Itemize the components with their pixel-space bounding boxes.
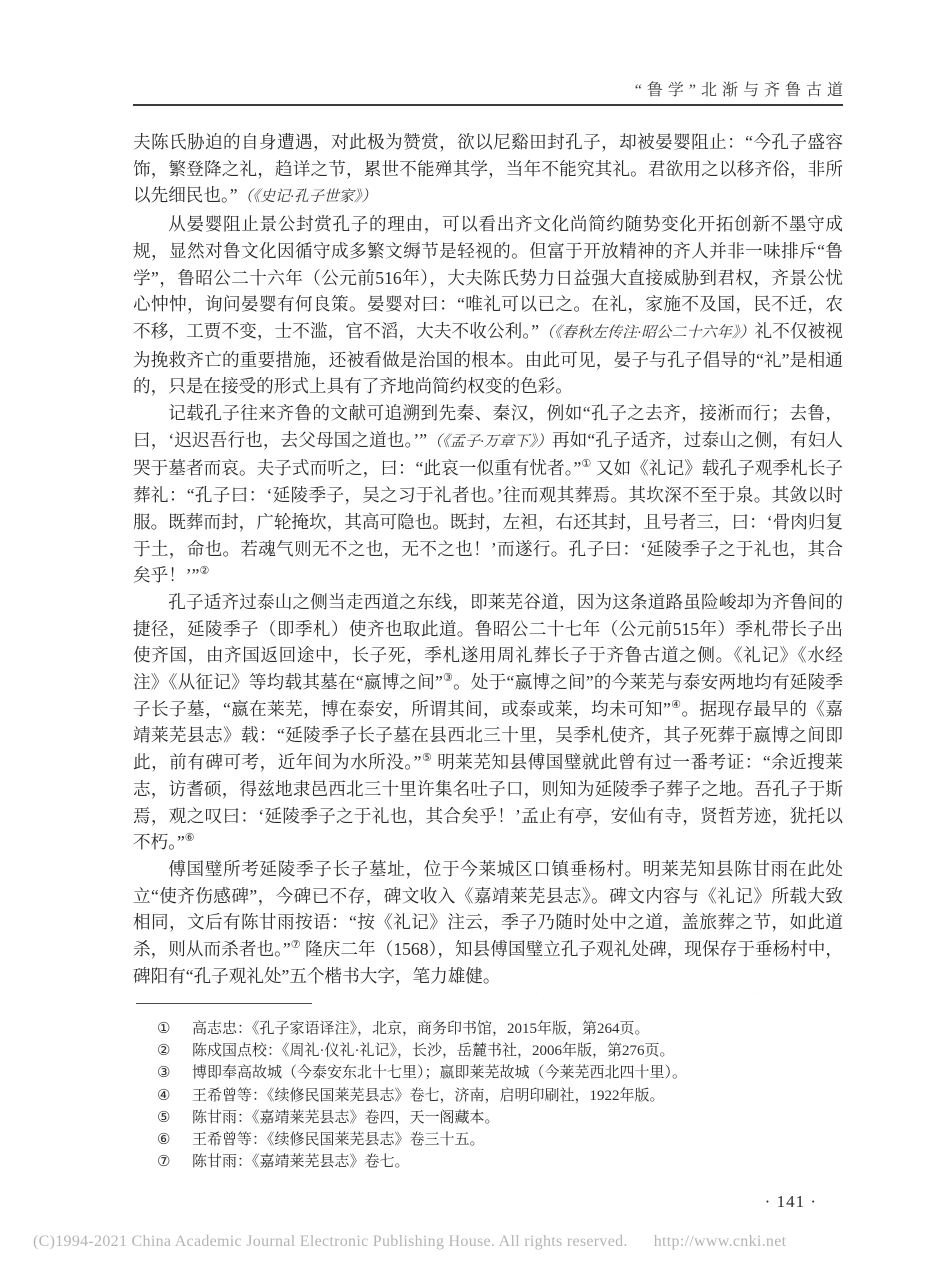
footnote-number: ① (157, 1018, 192, 1040)
scanned-paper-page: “鲁学”北渐与齐鲁古道 夫陈氏胁迫的自身遭遇，对此极为赞赏，欲以尼谿田封孔子，却… (0, 0, 945, 1282)
footnote-ref: ⑥ (185, 832, 195, 844)
footnote-item: ⑦陈甘雨：《嘉靖莱芜县志》卷七。 (133, 1151, 843, 1173)
footnote-number: ⑤ (157, 1107, 192, 1129)
paragraph: 从晏婴阻止景公封赏孔子的理由，可以看出齐文化尚简约随势变化开拓创新不墨守成规，显… (133, 211, 843, 400)
citation: （《春秋左传注·昭公二十六年》） (539, 325, 755, 341)
copyright-bar: (C)1994-2021 China Academic Journal Elec… (33, 1233, 913, 1251)
paragraph: 夫陈氏胁迫的自身遭遇，对此极为赞赏，欲以尼谿田封孔子，却被晏婴阻止：“今孔子盛容… (133, 129, 843, 211)
copyright-text: (C)1994-2021 China Academic Journal Elec… (33, 1233, 628, 1250)
footnotes-section: ①高志忠：《孔子家语译注》，北京，商务印书馆，2015年版，第264页。②陈戍国… (133, 1003, 843, 1173)
page-header: “鲁学”北渐与齐鲁古道 (133, 82, 843, 106)
footnote-ref: ④ (671, 699, 682, 711)
footnote-text: 陈甘雨：《嘉靖莱芜县志》卷四，天一阁藏本。 (192, 1107, 843, 1129)
footnote-text: 博即奉高故城（今泰安东北十七里）；嬴即莱芜故城（今莱芜西北四十里）。 (192, 1062, 843, 1084)
footnote-text: 王希曾等：《续修民国莱芜县志》卷三十五。 (192, 1129, 843, 1151)
footnote-text: 王希曾等：《续修民国莱芜县志》卷七，济南，启明印刷社，1922年版。 (192, 1085, 843, 1107)
body-text: 傅国璧又在此处设垂杨书院，“环垂杨而观听者，童冠千余人。余亦欣然指授圣人之礼， (133, 993, 843, 995)
footnote-ref: ③ (443, 672, 453, 684)
footnote-item: ①高志忠：《孔子家语译注》，北京，商务印书馆，2015年版，第264页。 (133, 1018, 843, 1040)
paragraph: 傅国璧所考延陵季子长子墓址，位于今莱城区口镇垂杨村。明莱芜知县陈甘雨在此处立“使… (133, 856, 843, 990)
citation: （《孟子·万章下》） (427, 434, 552, 450)
footnote-number: ② (157, 1040, 192, 1062)
paragraph: 记载孔子往来齐鲁的文献可追溯到先秦、秦汉，例如“孔子之去齐，接淅而行；去鲁，曰，… (133, 400, 843, 589)
footnote-item: ⑥王希曾等：《续修民国莱芜县志》卷三十五。 (133, 1129, 843, 1151)
footnote-item: ②陈戍国点校：《周礼·仪礼·礼记》，长沙，岳麓书社，2006年版，第276页。 (133, 1040, 843, 1062)
footnote-text: 高志忠：《孔子家语译注》，北京，商务印书馆，2015年版，第264页。 (192, 1018, 843, 1040)
footnote-list: ①高志忠：《孔子家语译注》，北京，商务印书馆，2015年版，第264页。②陈戍国… (133, 1018, 843, 1173)
running-title: “鲁学”北渐与齐鲁古道 (133, 82, 848, 100)
footnote-separator (136, 1003, 312, 1004)
paragraph: 傅国璧又在此处设垂杨书院，“环垂杨而观听者，童冠千余人。余亦欣然指授圣人之礼， (133, 990, 843, 995)
article-body: 夫陈氏胁迫的自身遭遇，对此极为赞赏，欲以尼谿田封孔子，却被晏婴阻止：“今孔子盛容… (133, 129, 843, 994)
cnki-url: http://www.cnki.net (654, 1233, 787, 1250)
footnote-item: ③博即奉高故城（今泰安东北十七里）；嬴即莱芜故城（今莱芜西北四十里）。 (133, 1062, 843, 1084)
footnote-ref: ① (581, 459, 591, 471)
footnote-text: 陈戍国点校：《周礼·仪礼·礼记》，长沙，岳麓书社，2006年版，第276页。 (192, 1040, 843, 1062)
footnote-number: ③ (157, 1062, 192, 1084)
footnote-item: ⑤陈甘雨：《嘉靖莱芜县志》卷四，天一阁藏本。 (133, 1107, 843, 1129)
footnote-ref: ⑦ (291, 939, 301, 951)
header-rule (133, 104, 843, 106)
footnote-number: ⑦ (157, 1151, 192, 1173)
citation: （《史记·孔子世家》） (238, 189, 377, 205)
footnote-item: ④王希曾等：《续修民国莱芜县志》卷七，济南，启明印刷社，1922年版。 (133, 1085, 843, 1107)
footnote-number: ④ (157, 1085, 192, 1107)
footnote-number: ⑥ (157, 1129, 192, 1151)
page-number: · 141 · (765, 1192, 817, 1212)
paragraph: 孔子适齐过泰山之侧当走西道之东线，即莱芜谷道，因为这条道路虽险峻却为齐鲁间的捷径… (133, 589, 843, 856)
footnote-ref: ⑤ (421, 752, 432, 764)
body-text: 从晏婴阻止景公封赏孔子的理由，可以看出齐文化尚简约随势变化开拓创新不墨守成规，显… (133, 214, 843, 341)
footnote-text: 陈甘雨：《嘉靖莱芜县志》卷七。 (192, 1151, 843, 1173)
footnote-ref: ② (199, 565, 209, 577)
